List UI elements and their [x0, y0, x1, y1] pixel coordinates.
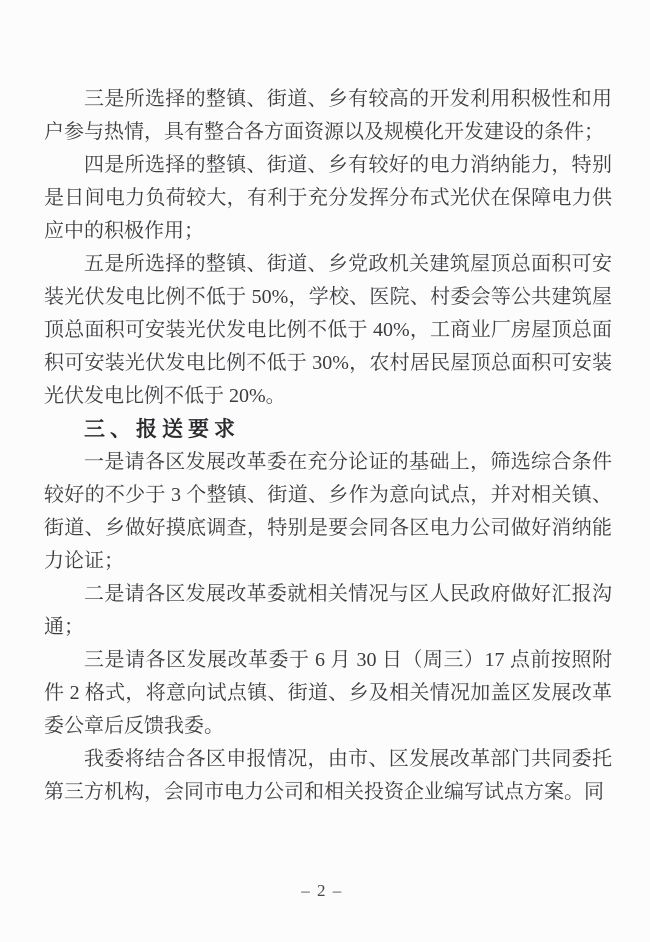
para-requirement-3: 三是请各区发展改革委于 6 月 30 日（周三）17 点前按照附件 2 格式，将…: [44, 644, 612, 743]
document-page: 三是所选择的整镇、街道、乡有较高的开发利用积极性和用户参与热情，具有整合各方面资…: [0, 0, 650, 942]
para-criterion-5: 五是所选择的整镇、街道、乡党政机关建筑屋顶总面积可安装光伏发电比例不低于 50%…: [44, 248, 612, 413]
para-criterion-4: 四是所选择的整镇、街道、乡有较好的电力消纳能力，特别是日间电力负荷较大，有利于充…: [44, 149, 612, 248]
para-criterion-3: 三是所选择的整镇、街道、乡有较高的开发利用积极性和用户参与热情，具有整合各方面资…: [44, 83, 612, 149]
document-body: 三是所选择的整镇、街道、乡有较高的开发利用积极性和用户参与热情，具有整合各方面资…: [44, 83, 612, 809]
section-heading-reporting-requirements: 三、报送要求: [44, 413, 612, 446]
para-requirement-2: 二是请各区发展改革委就相关情况与区人民政府做好汇报沟通；: [44, 578, 612, 644]
page-number: – 2 –: [0, 881, 644, 901]
para-closing: 我委将结合各区申报情况，由市、区发展改革部门共同委托第三方机构，会同市电力公司和…: [44, 743, 612, 809]
para-requirement-1: 一是请各区发展改革委在充分论证的基础上，筛选综合条件较好的不少于 3 个整镇、街…: [44, 446, 612, 578]
